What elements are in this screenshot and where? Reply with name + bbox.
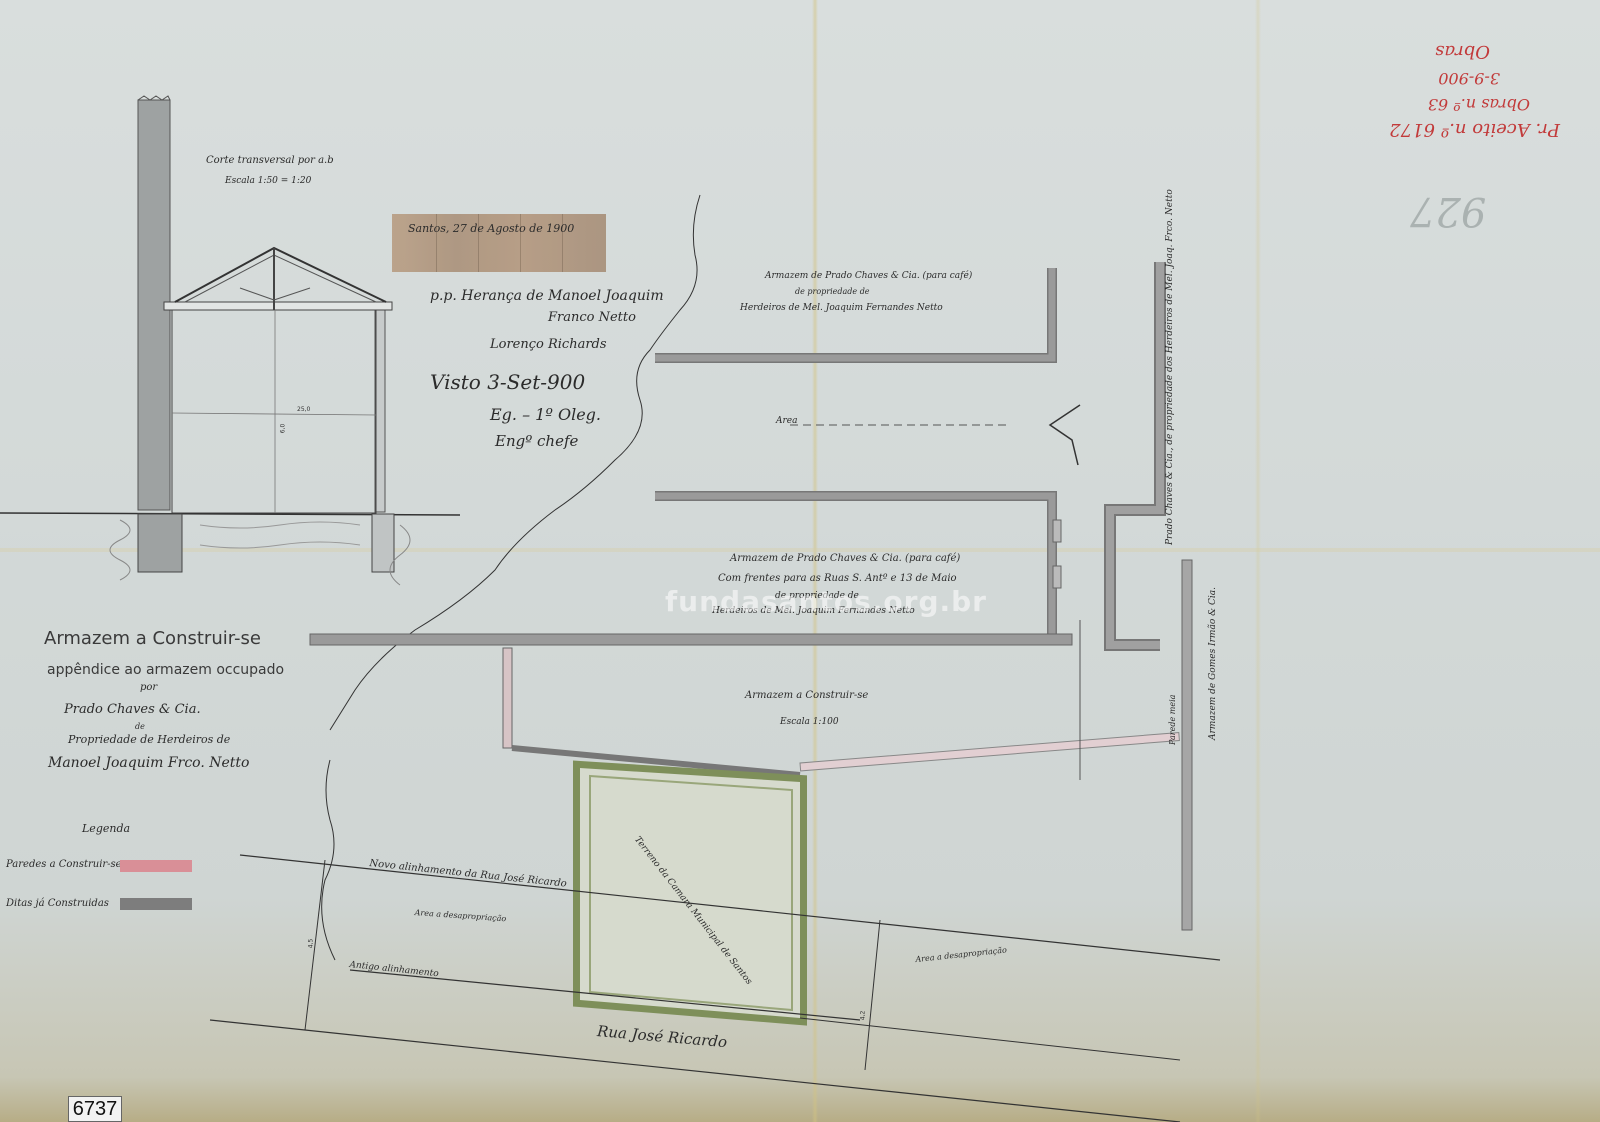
visto-date: Visto 3-Set-900 <box>430 370 585 394</box>
section-dimension-width: 25,0 <box>297 406 310 413</box>
approval-line-2: Franco Netto <box>548 310 636 325</box>
archival-drawing-sheet: Corte transversal por a.b Escala 1:50 = … <box>0 0 1600 1122</box>
engineer-signature: Eg. – 1º Oleg. <box>490 405 601 424</box>
label-area: Area <box>776 416 798 426</box>
label-armazem-new-1: Armazem a Construir-se <box>745 690 868 701</box>
label-armazem-mid-1: Armazem de Prado Chaves & Cia. (para caf… <box>730 553 960 564</box>
dimension-left: 4,5 <box>307 939 314 949</box>
title-line-1: Armazem a Construir-se <box>44 628 261 649</box>
title-line-4: Prado Chaves & Cia. <box>64 702 201 717</box>
approval-line-3: Lorenço Richards <box>490 337 607 352</box>
title-line-2: appêndice ao armazem occupado <box>47 662 284 678</box>
section-scale: Escala 1:50 = 1:20 <box>225 176 311 186</box>
faded-number: 927 <box>1410 188 1486 234</box>
title-line-3: por <box>140 682 157 693</box>
section-title: Corte transversal por a.b <box>206 155 334 166</box>
catalog-number-label: 6737 <box>68 1096 122 1122</box>
legend-label-built: Ditas já Construidas <box>6 898 109 909</box>
label-armazem-top-3: Herdeiros de Mel. Joaquim Fernandes Nett… <box>740 303 943 313</box>
label-armazem-top-1: Armazem de Prado Chaves & Cia. (para caf… <box>765 271 972 281</box>
legend-swatch-pink <box>120 860 192 872</box>
section-dimension-height: 6,0 <box>279 424 286 434</box>
label-armazem-mid-2: Com frentes para as Ruas S. Antº e 13 de… <box>718 573 957 584</box>
legend-label-to-build: Paredes a Construir-se <box>6 859 122 870</box>
title-line-7: Manoel Joaquim Frco. Netto <box>48 755 249 771</box>
title-line-6: Propriedade de Herdeiros de <box>68 733 230 746</box>
label-armazem-new-2: Escala 1:100 <box>780 717 839 727</box>
label-armazem-top-2: de propriedade de <box>795 287 870 296</box>
label-parede-meia: Parede meia <box>1168 695 1177 745</box>
stamp-annotation: Santos, 27 de Agosto de 1900 <box>408 222 574 235</box>
red-registry-annotation: Pr. Aceito n.º 6172 Obras n.º 63 3-9-900… <box>1330 30 1570 140</box>
label-right-vertical-2: Armazem de Gomes Irmão & Cia. <box>1208 587 1218 740</box>
approval-line-1: p.p. Herança de Manoel Joaquim <box>430 288 664 304</box>
legend-swatch-gray <box>120 898 192 910</box>
dimension-right: 4,2 <box>859 1011 866 1021</box>
legend-title: Legenda <box>82 822 130 835</box>
title-line-5: de <box>135 722 145 731</box>
watermark: fundasantos.org.br <box>665 585 987 618</box>
engineer-title: Engº chefe <box>495 432 578 450</box>
label-right-vertical-1: Prado Chaves & Cia., de propriedade dos … <box>1165 189 1175 545</box>
